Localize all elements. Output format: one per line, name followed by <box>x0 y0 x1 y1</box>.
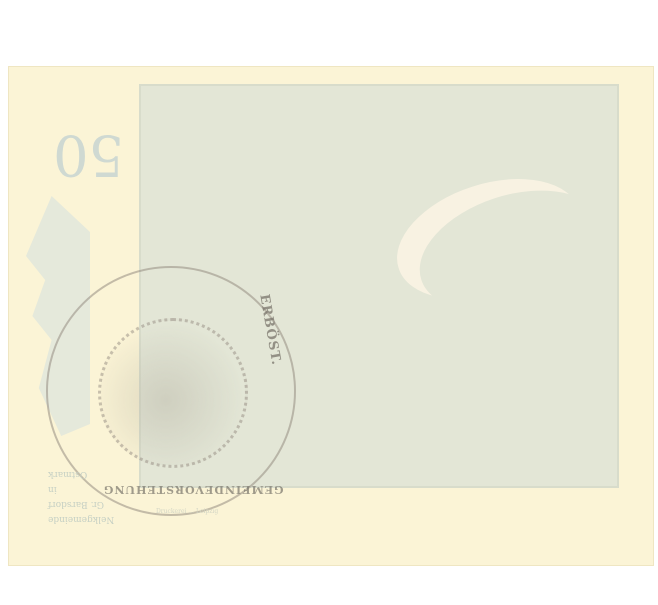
stamp-emblem <box>98 318 248 468</box>
side-line: in <box>48 481 138 496</box>
side-line: Nelkgemeinde <box>48 511 138 526</box>
side-line: Ostmark <box>48 466 138 481</box>
side-inscription: Nelkgemeinde Gr. Barsdorf in Ostmark <box>48 466 138 526</box>
denomination-numeral: 50 <box>53 126 124 182</box>
crescent-motif <box>382 157 597 320</box>
printer-imprint: Druckerei ... Leipzig <box>156 508 218 515</box>
banknote: 50 ERBÖST. GEMEINDEVORSTEHUNG Nelkgemein… <box>8 66 654 566</box>
side-line: Gr. Barsdorf <box>48 496 138 511</box>
